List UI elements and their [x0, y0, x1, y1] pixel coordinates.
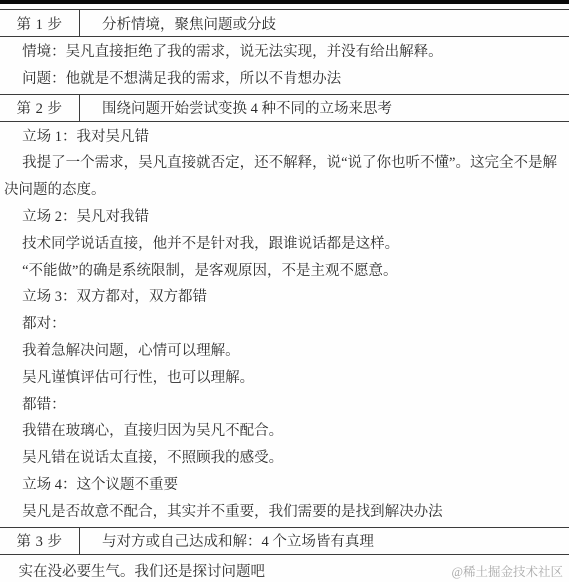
situation-paragraph: 情境：吴凡直接拒绝了我的需求，说无法实现，并没有给出解释。 — [4, 39, 565, 66]
stance-4-heading: 立场 4：这个议题不重要 — [4, 472, 565, 499]
stance-2-text-2: “不能做”的确是系统限制，是客观原因，不是主观不愿意。 — [4, 258, 565, 285]
watermark-label: @稀土掘金技术社区 — [451, 562, 563, 580]
stance-1-text: 我提了一个需求，吴凡直接就否定，还不解释，说“说了你也听不懂”。这完全不是解决问… — [4, 150, 565, 204]
step-1-title: 分析情境，聚焦问题或分歧 — [80, 10, 569, 36]
step-1-label: 第 1 步 — [0, 10, 80, 36]
both-wrong-text-2: 吴凡错在说话太直接，不照顾我的感受。 — [4, 445, 565, 472]
step-3-label: 第 3 步 — [0, 528, 80, 554]
step-2-title: 围绕问题开始尝试变换 4 种不同的立场来思考 — [80, 95, 569, 121]
stance-2-heading: 立场 2：吴凡对我错 — [4, 204, 565, 231]
step-2-label: 第 2 步 — [0, 95, 80, 121]
both-right-text-1: 我着急解决问题，心情可以理解。 — [4, 338, 565, 365]
stance-3-heading: 立场 3：双方都对，双方都错 — [4, 284, 565, 311]
step-1-body: 情境：吴凡直接拒绝了我的需求，说无法实现，并没有给出解释。 问题：他就是不想满足… — [0, 37, 569, 95]
both-wrong-text-1: 我错在玻璃心，直接归因为吴凡不配合。 — [4, 418, 565, 445]
conclusion-paragraph: 实在没必要生气。我们还是探讨问题吧 — [4, 559, 265, 582]
document-page: 第 1 步 分析情境，聚焦问题或分歧 情境：吴凡直接拒绝了我的需求，说无法实现，… — [0, 0, 569, 582]
both-right-text-2: 吴凡谨慎评估可行性，也可以理解。 — [4, 365, 565, 392]
step-3-title: 与对方或自己达成和解：4 个立场皆有真理 — [80, 528, 569, 554]
problem-paragraph: 问题：他就是不想满足我的需求，所以不肯想办法 — [4, 66, 565, 93]
step-2-body: 立场 1：我对吴凡错 我提了一个需求，吴凡直接就否定，还不解释，说“说了你也听不… — [0, 122, 569, 528]
step-row-3: 第 3 步 与对方或自己达成和解：4 个立场皆有真理 — [0, 528, 569, 555]
step-row-1: 第 1 步 分析情境，聚焦问题或分歧 — [0, 10, 569, 37]
stance-4-text: 吴凡是否故意不配合，其实并不重要，我们需要的是找到解决办法 — [4, 499, 565, 526]
stance-2-text-1: 技术同学说话直接，他并不是针对我，跟谁说话都是这样。 — [4, 231, 565, 258]
both-right-label: 都对： — [4, 311, 565, 338]
both-wrong-label: 都错： — [4, 392, 565, 419]
top-black-bar — [0, 0, 569, 4]
steps-table: 第 1 步 分析情境，聚焦问题或分歧 情境：吴凡直接拒绝了我的需求，说无法实现，… — [0, 9, 569, 582]
step-row-2: 第 2 步 围绕问题开始尝试变换 4 种不同的立场来思考 — [0, 95, 569, 122]
step-3-body: 实在没必要生气。我们还是探讨问题吧 @稀土掘金技术社区 — [0, 555, 569, 582]
stance-1-heading: 立场 1：我对吴凡错 — [4, 124, 565, 151]
